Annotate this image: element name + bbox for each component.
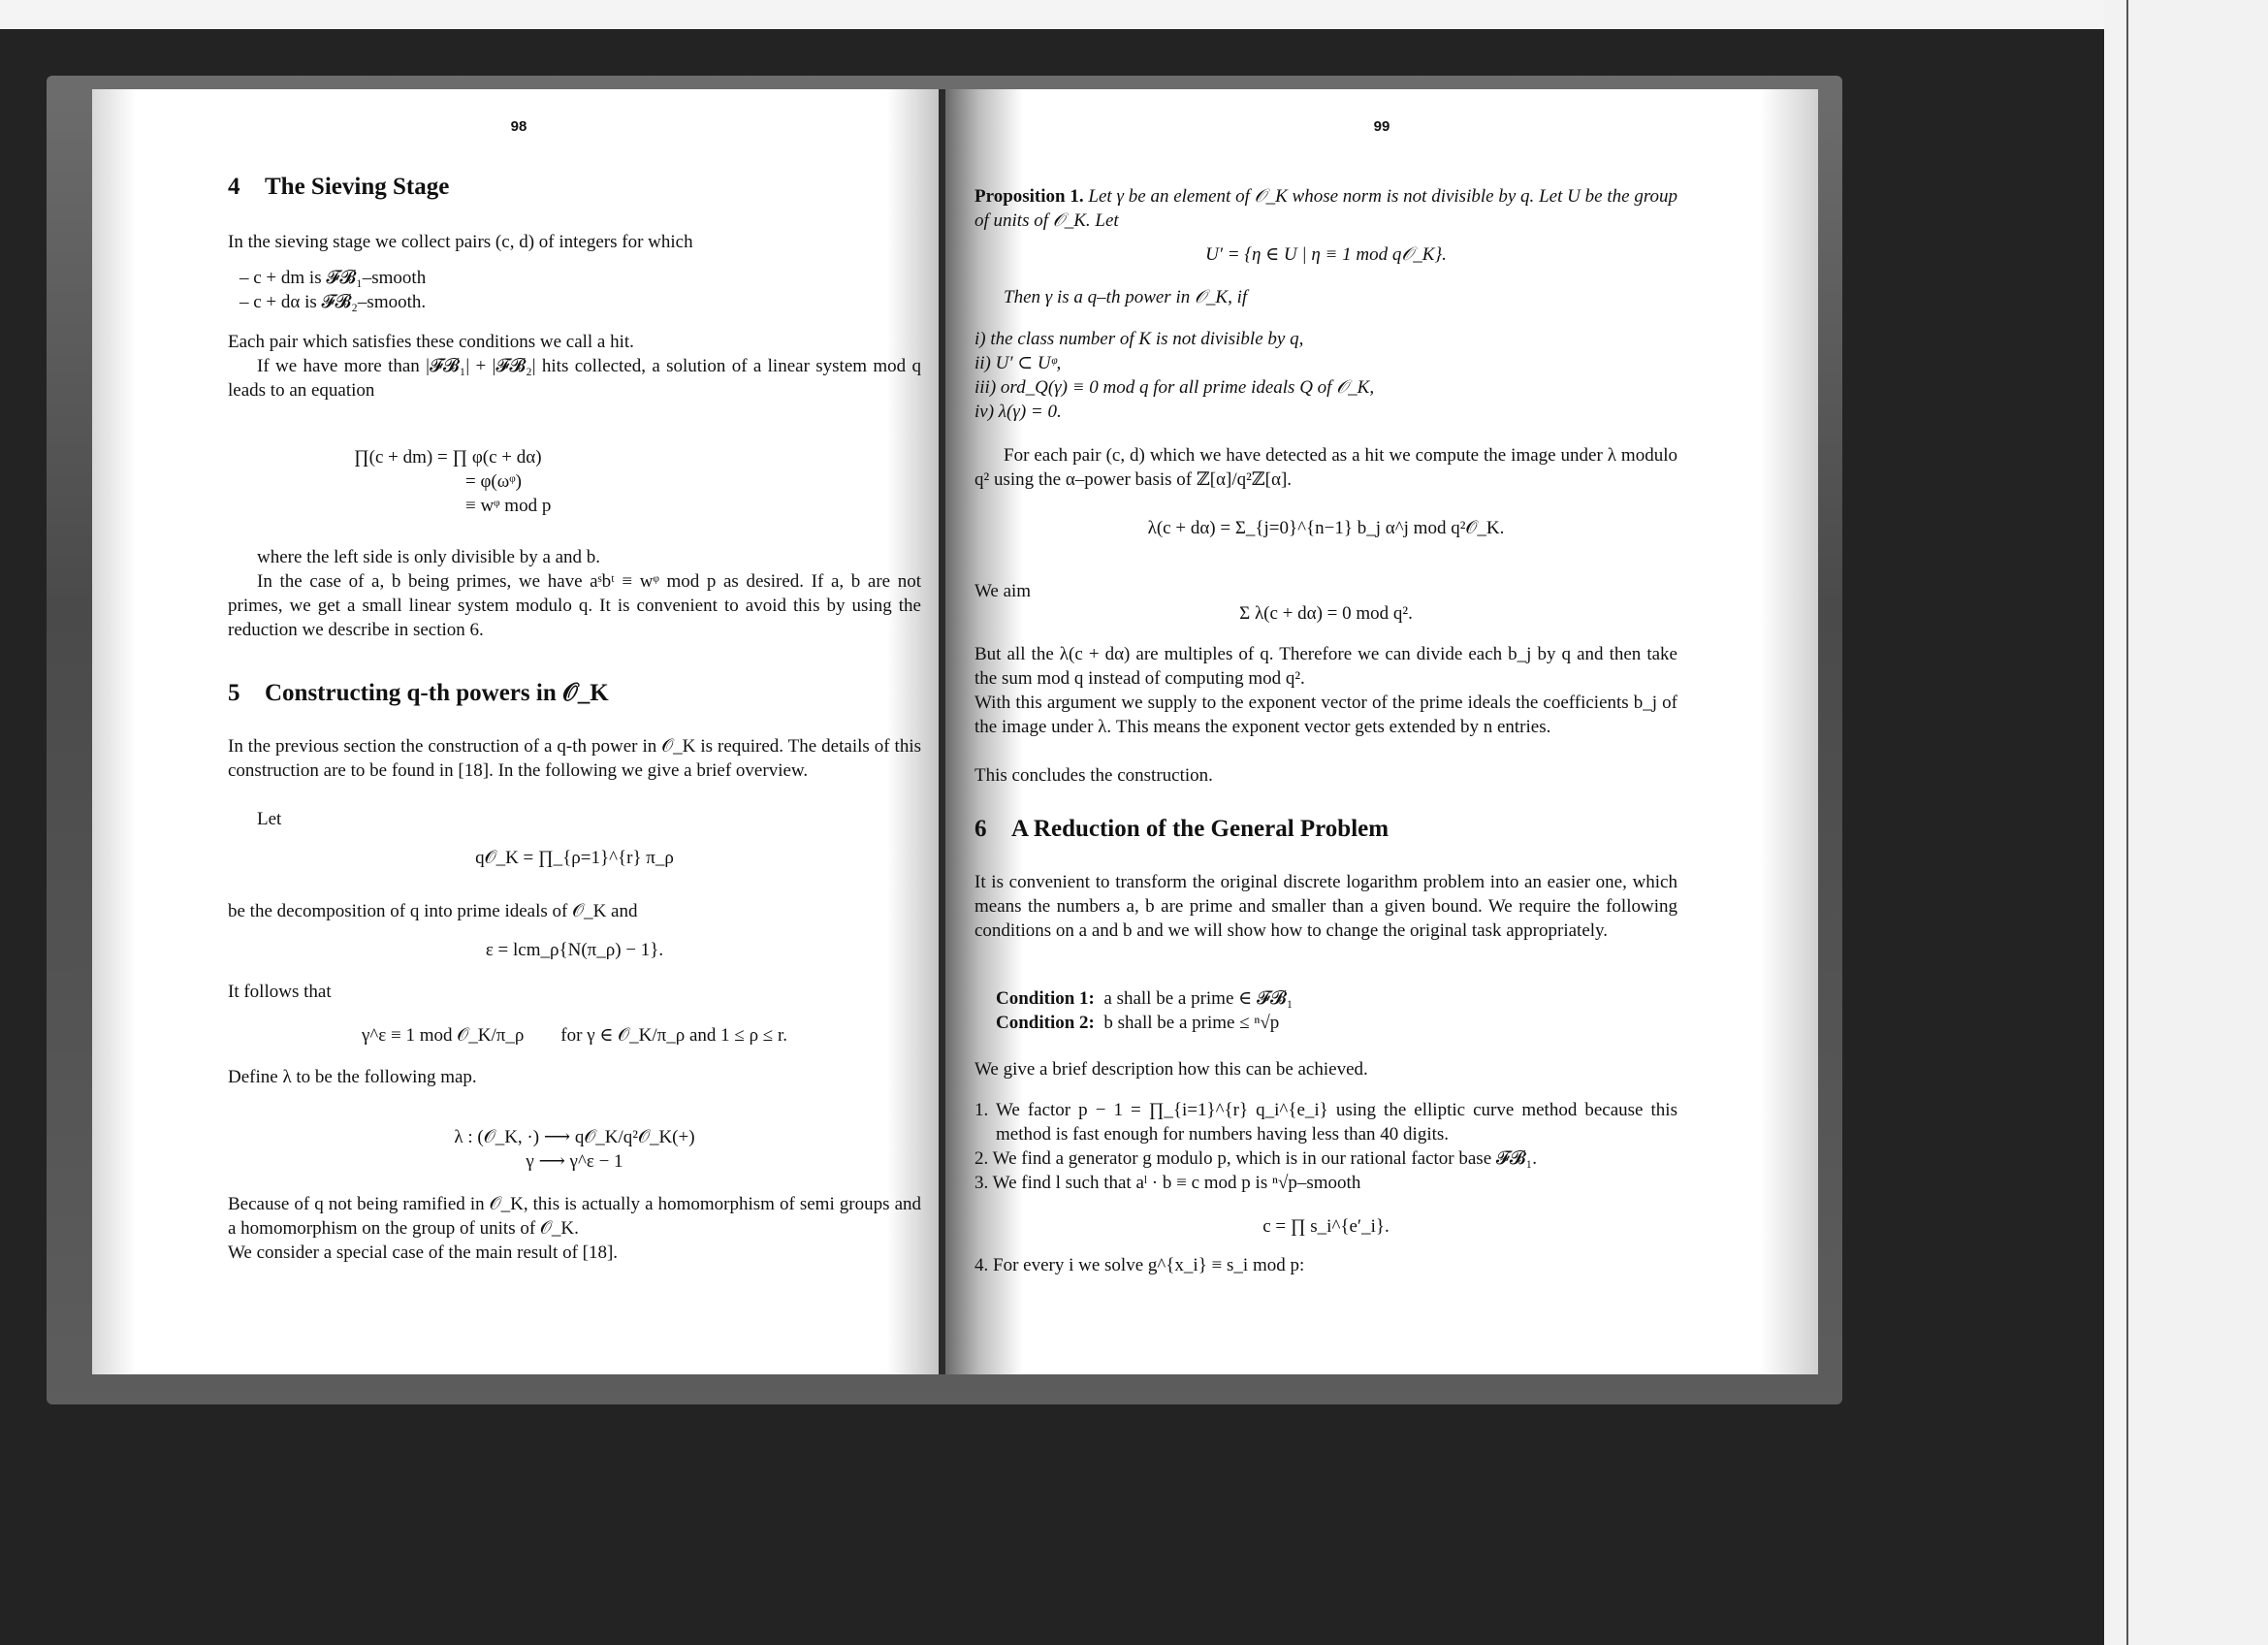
- right-page: 99 Proposition 1. Let γ be an element of…: [945, 89, 1818, 1374]
- page-number: 99: [945, 118, 1818, 135]
- equation: U′ = {η ∈ U | η ≡ 1 mod q𝒪_K}.: [974, 242, 1677, 267]
- equation: λ(c + dα) = Σ_{j=0}^{n−1} b_j α^j mod q²…: [974, 516, 1677, 540]
- step: 2. We find a generator g modulo p, which…: [974, 1146, 1677, 1171]
- scan-edge-line: [2126, 0, 2128, 1645]
- paragraph: We give a brief description how this can…: [974, 1057, 1677, 1081]
- step: 3. We find l such that aˡ · b ≡ c mod p …: [974, 1171, 1677, 1195]
- page-number: 98: [92, 118, 945, 135]
- equation: Σ λ(c + dα) = 0 mod q².: [974, 601, 1677, 626]
- condition-list: – c + dm is 𝓕𝓑₁–smooth – c + dα is 𝓕𝓑₂–s…: [240, 266, 426, 314]
- paragraph: In the case of a, b being primes, we hav…: [228, 569, 921, 642]
- proposition-conditions: i) the class number of K is not divisibl…: [974, 327, 1374, 424]
- paragraph: be the decomposition of q into prime ide…: [228, 899, 921, 923]
- section-heading: 5Constructing q-th powers in 𝒪_K: [228, 681, 609, 705]
- paragraph: If we have more than |𝓕𝓑₁| + |𝓕𝓑₂| hits …: [228, 354, 921, 403]
- reduction-conditions: Condition 1: a shall be a prime ∈ 𝓕𝓑₁ Co…: [996, 986, 1293, 1035]
- proposition: Proposition 1. Let γ be an element of 𝒪_…: [974, 184, 1677, 233]
- paragraph: It is convenient to transform the origin…: [974, 870, 1677, 943]
- paragraph: With this argument we supply to the expo…: [974, 691, 1677, 739]
- scan-right-margin: [2104, 0, 2268, 1645]
- scan-top-margin: [0, 0, 2104, 29]
- step: 4. For every i we solve g^{x_i} ≡ s_i mo…: [974, 1253, 1677, 1277]
- paragraph: Define λ to be the following map.: [228, 1065, 921, 1089]
- paragraph: Each pair which satisfies these conditio…: [228, 330, 921, 354]
- equation: γ^ε ≡ 1 mod 𝒪_K/π_ρ for γ ∈ 𝒪_K/π_ρ and …: [228, 1023, 921, 1048]
- paragraph: This concludes the construction.: [974, 763, 1677, 788]
- section-heading: 4The Sieving Stage: [228, 175, 449, 199]
- paragraph: In the previous section the construction…: [228, 734, 921, 783]
- paragraph: For each pair (c, d) which we have detec…: [974, 443, 1677, 492]
- paragraph: In the sieving stage we collect pairs (c…: [228, 230, 921, 254]
- left-page: 98 4The Sieving Stage In the sieving sta…: [92, 89, 945, 1374]
- paragraph: But all the λ(c + dα) are multiples of q…: [974, 642, 1677, 691]
- paragraph: We consider a special case of the main r…: [228, 1241, 921, 1265]
- equation: γ ⟶ γ^ε − 1: [228, 1149, 921, 1174]
- equation: q𝒪_K = ∏_{ρ=1}^{r} π_ρ: [228, 846, 921, 870]
- step: 1. We factor p − 1 = ∏_{i=1}^{r} q_i^{e_…: [974, 1098, 1677, 1146]
- paragraph: Because of q not being ramified in 𝒪_K, …: [228, 1192, 921, 1241]
- paragraph: where the left side is only divisible by…: [228, 545, 921, 569]
- section-heading: 6A Reduction of the General Problem: [974, 817, 1389, 841]
- equation: c = ∏ s_i^{e′_i}.: [974, 1214, 1677, 1239]
- equation: ε = lcm_ρ{N(π_ρ) − 1}.: [228, 938, 921, 962]
- equation-block: ∏(c + dm) = ∏ φ(c + dα) = φ(ωᵠ) ≡ wᵠ mod…: [354, 445, 742, 518]
- paragraph: It follows that: [228, 980, 921, 1004]
- equation: λ : (𝒪_K, ·) ⟶ q𝒪_K/q²𝒪_K(+): [228, 1125, 921, 1149]
